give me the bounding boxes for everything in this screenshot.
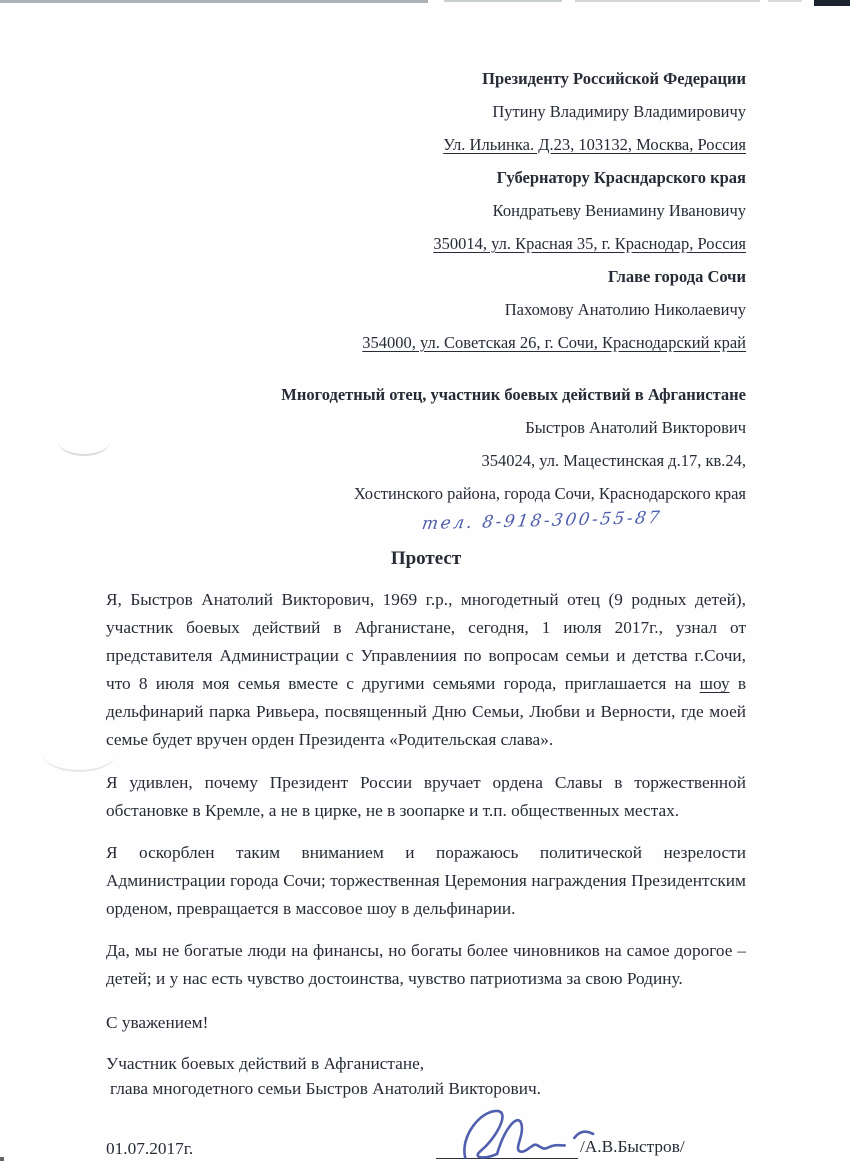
addressee-title: Главе города Сочи [106,260,746,293]
paragraph-2: Я удивлен, почему Президент России вруча… [106,769,746,825]
addressee-title: Президенту Российской Федерации [106,62,746,95]
scan-artifact-top-edge [444,0,562,2]
addressee-name: Пахомову Анатолию Николаевичу [106,293,746,326]
handwritten-signature [452,1098,615,1168]
addressee-address: 350014, ул. Красная 35, г. Краснодар, Ро… [106,227,746,260]
sender-role: Многодетный отец, участник боевых действ… [106,378,746,411]
addressee-name: Кондратьеву Вениамину Ивановичу [106,194,746,227]
addressee-name: Путину Владимиру Владимировичу [106,95,746,128]
addressee-address: Ул. Ильинка. Д.23, 103132, Москва, Росси… [106,128,746,161]
handwritten-phone-line: тел. 8-918-300-55-87 [106,510,746,536]
scanned-letter-page: Президенту Российской Федерации Путину В… [0,0,850,1169]
addressee-title: Губернатору Красндарского края [106,161,746,194]
scan-artifact-smudge [42,734,116,772]
signature-area: /А.В.Быстров/ [436,1134,685,1159]
scan-artifact-top-edge [768,0,802,2]
signature-line [436,1134,578,1159]
paragraph-4: Да, мы не богатые люди на финансы, но бо… [106,937,746,993]
closing-name-line: глава многодетного семьи Быстров Анатоли… [106,1076,746,1101]
handwritten-phone: тел. 8-918-300-55-87 [421,507,664,535]
scan-artifact-dot [0,1157,4,1161]
addressee-block: Президенту Российской Федерации Путину В… [106,62,746,359]
sender-address: Хостинского района, города Сочи, Краснод… [106,477,746,510]
letter-body: Президенту Российской Федерации Путину В… [106,62,746,1161]
signature-row: 01.07.2017г. /А.В.Быстров/ [106,1117,746,1161]
scan-artifact-top-edge [0,0,428,3]
addressee-address: 354000, ул. Советская 26, г. Сочи, Красн… [106,326,746,359]
paragraph-1: Я, Быстров Анатолий Викторович, 1969 г.р… [106,586,746,755]
sender-block: Многодетный отец, участник боевых действ… [106,378,746,536]
scan-artifact-smudge [58,426,110,456]
paragraph-1-text: Я, Быстров Анатолий Викторович, 1969 г.р… [106,590,746,693]
paragraph-3: Я оскорблен таким вниманием и поражаюсь … [106,839,746,923]
letter-title: Протест [106,548,746,570]
scan-artifact-corner [814,0,850,6]
closing-role-line: Участник боевых действий в Афганистане, [106,1051,746,1076]
scan-artifact-top-edge [575,0,760,2]
sender-address: 354024, ул. Мацестинская д.17, кв.24, [106,444,746,477]
underlined-word: шоу [700,674,730,693]
sender-name: Быстров Анатолий Викторович [106,411,746,444]
letter-date: 01.07.2017г. [106,1137,193,1161]
closing-salutation: С уважением! [106,1009,746,1037]
